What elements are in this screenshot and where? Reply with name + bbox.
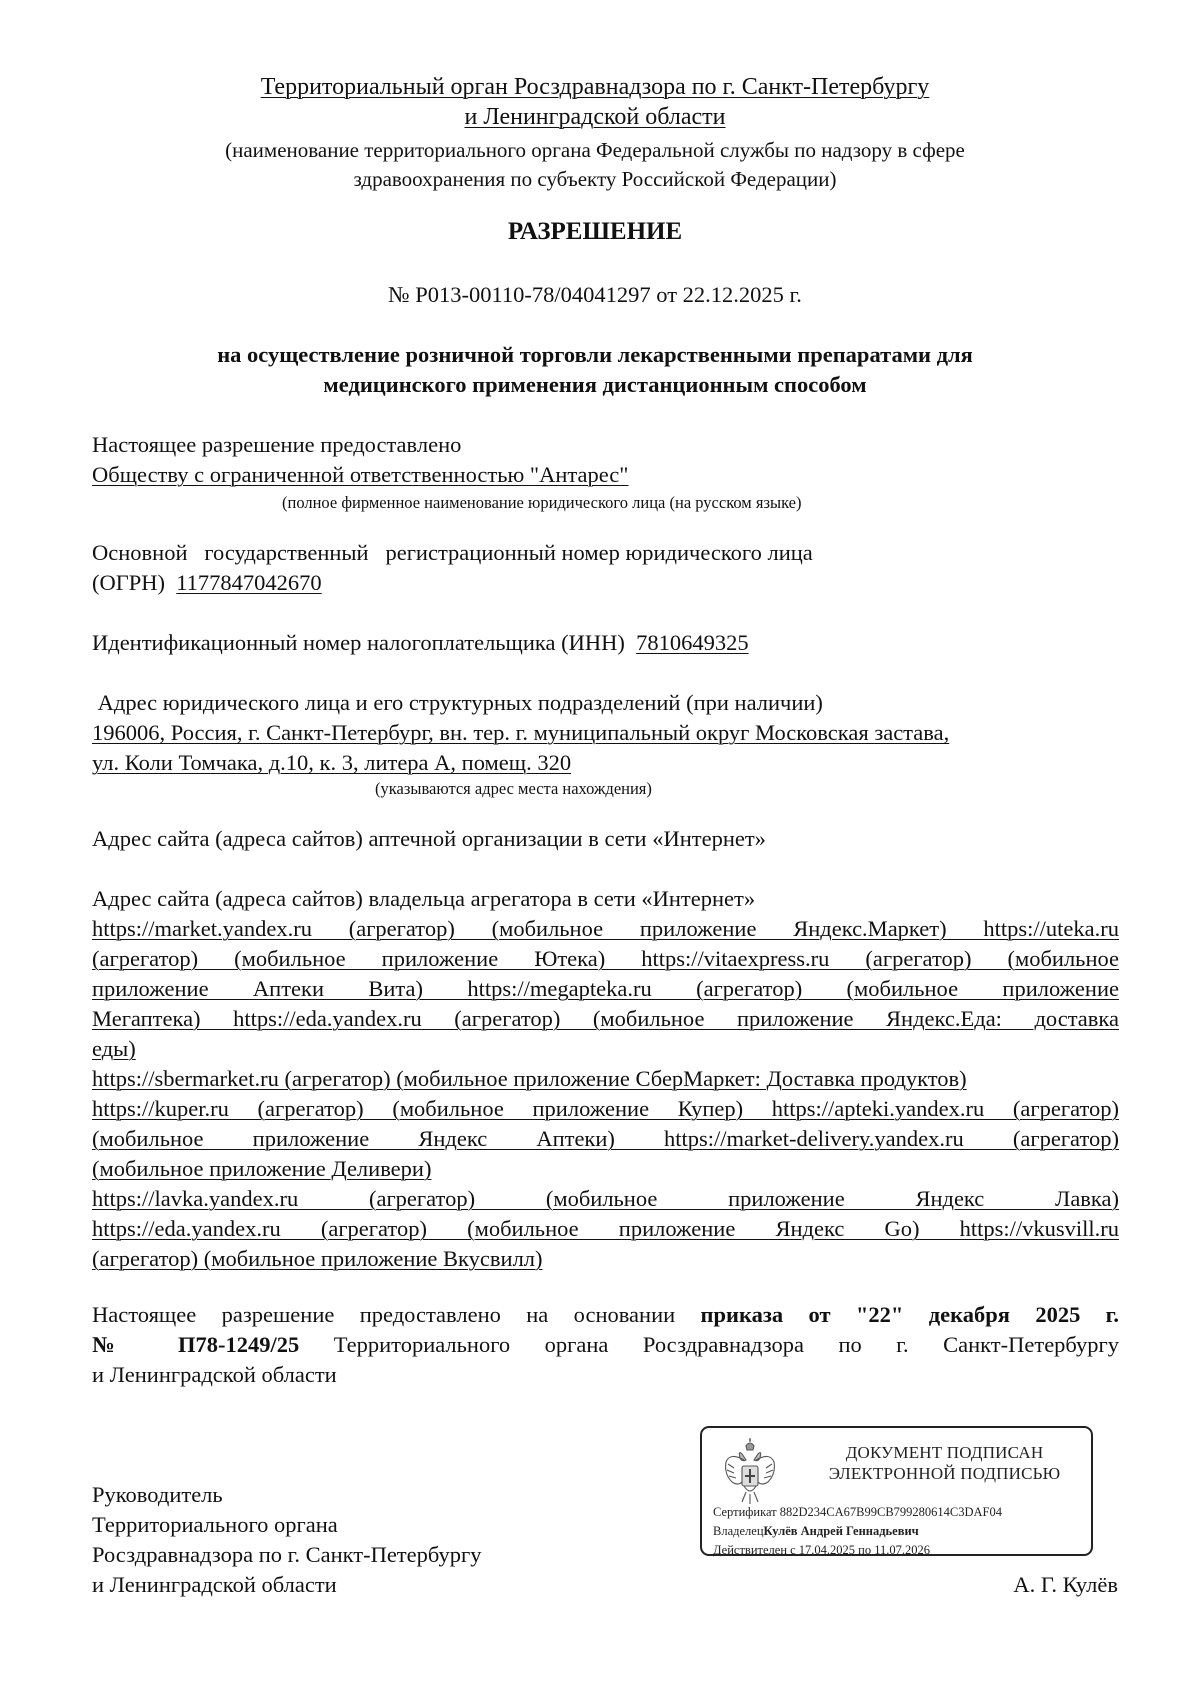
signatory-position-line: Руководитель xyxy=(92,1480,481,1510)
signatory-name: А. Г. Кулёв xyxy=(1013,1570,1118,1600)
aggregator-line: https://lavka.yandex.ru (агрегатор) (моб… xyxy=(92,1184,1119,1214)
ogrn-abbr: (ОГРН) xyxy=(92,570,176,595)
certificate-label: Сертификат xyxy=(713,1505,780,1519)
basis-issuer: Территориального органа Росздравнадзора … xyxy=(299,1332,1119,1357)
signature-title-line2: ЭЛЕКТРОННОЙ ПОДПИСЬЮ xyxy=(802,1463,1087,1484)
aggregator-line: Мегаптека) https://eda.yandex.ru (агрега… xyxy=(92,1004,1119,1034)
aggregator-line: https://sbermarket.ru (агрегатор) (мобил… xyxy=(92,1066,967,1091)
inn-value: 7810649325 xyxy=(636,630,749,655)
signature-title-line1: ДОКУМЕНТ ПОДПИСАН xyxy=(802,1442,1087,1463)
signatory-position: Руководитель Территориального органа Рос… xyxy=(92,1480,481,1600)
authority-header: Территориальный орган Росздравнадзора по… xyxy=(0,72,1190,132)
address-label: Адрес юридического лица и его структурны… xyxy=(92,688,1119,718)
electronic-signature-stamp: ДОКУМЕНТ ПОДПИСАН ЭЛЕКТРОННОЙ ПОДПИСЬЮ С… xyxy=(700,1426,1093,1556)
aggregator-line: (агрегатор) (мобильное приложение Вкусви… xyxy=(92,1246,543,1271)
address-block: Адрес юридического лица и его структурны… xyxy=(92,688,1119,778)
permit-subject-line1: на осуществление розничной торговли лека… xyxy=(0,340,1190,370)
coat-of-arms-icon xyxy=(722,1438,778,1508)
inn-label: Идентификационный номер налогоплательщик… xyxy=(92,630,636,655)
ogrn-label: Основной государственный регистрационный… xyxy=(92,538,1119,568)
signature-title: ДОКУМЕНТ ПОДПИСАН ЭЛЕКТРОННОЙ ПОДПИСЬЮ xyxy=(802,1442,1087,1484)
signature-owner: ВладелецКулёв Андрей Геннадьевич xyxy=(713,1523,919,1539)
grantee-name-caption: (полное фирменное наименование юридическ… xyxy=(282,492,802,514)
aggregator-line: https://market.yandex.ru (агрегатор) (мо… xyxy=(92,914,1119,944)
document-title: РАЗРЕШЕНИЕ xyxy=(0,216,1190,248)
aggregator-line: https://eda.yandex.ru (агрегатор) (мобил… xyxy=(92,1214,1119,1244)
authority-name-line1: Территориальный орган Росздравнадзора по… xyxy=(261,74,930,100)
order-date: приказа от "22" декабря 2025 г. xyxy=(701,1302,1119,1327)
aggregator-line: (мобильное приложение Деливери) xyxy=(92,1156,431,1181)
aggregator-line: еды) xyxy=(92,1036,136,1061)
signatory-position-line: Росздравнадзора по г. Санкт-Петербургу xyxy=(92,1540,481,1570)
certificate-value: 882D234CA67B99CB799280614C3DAF04 xyxy=(780,1505,1002,1519)
ogrn-value: 1177847042670 xyxy=(176,570,321,595)
signature-validity: Действителен с 17.04.2025 по 11.07.2026 xyxy=(713,1542,930,1558)
permit-subject-line2: медицинского применения дистанционным сп… xyxy=(0,370,1190,400)
basis-issuer-region: и Ленинградской области xyxy=(92,1360,1119,1390)
aggregator-line: приложение Аптеки Вита) https://megaptek… xyxy=(92,974,1119,1004)
owner-label: Владелец xyxy=(713,1524,764,1538)
grantee-block: Настоящее разрешение предоставлено Общес… xyxy=(92,430,1119,490)
aggregator-line: https://kuper.ru (агрегатор) (мобильное … xyxy=(92,1094,1119,1124)
address-line2: ул. Коли Томчака, д.10, к. 3, литера А, … xyxy=(92,750,571,775)
basis-block: Настоящее разрешение предоставлено на ос… xyxy=(92,1300,1119,1390)
authority-caption-line1: (наименование территориального органа Фе… xyxy=(0,136,1190,165)
grantee-name: Обществу с ограниченной ответственностью… xyxy=(92,462,628,487)
signatory-position-line: Территориального органа xyxy=(92,1510,481,1540)
aggregator-sites-block: Адрес сайта (адреса сайтов) владельца аг… xyxy=(92,884,1119,1274)
address-line1: 196006, Россия, г. Санкт-Петербург, вн. … xyxy=(92,720,949,745)
aggregator-sites-label: Адрес сайта (адреса сайтов) владельца аг… xyxy=(92,884,1119,914)
authority-caption: (наименование территориального органа Фе… xyxy=(0,136,1190,194)
aggregator-line: (агрегатор) (мобильное приложение Ютека)… xyxy=(92,944,1119,974)
pharmacy-site-label: Адрес сайта (адреса сайтов) аптечной орг… xyxy=(92,824,1119,854)
aggregator-line: (мобильное приложение Яндекс Аптеки) htt… xyxy=(92,1124,1119,1154)
ogrn-block: Основной государственный регистрационный… xyxy=(92,538,1119,598)
authority-caption-line2: здравоохранения по субъекту Российской Ф… xyxy=(0,165,1190,194)
address-caption: (указываются адрес места нахождения) xyxy=(375,778,652,800)
permit-number: № Р013-00110-78/04041297 от 22.12.2025 г… xyxy=(0,280,1190,310)
inn-block: Идентификационный номер налогоплательщик… xyxy=(92,628,1119,658)
signature-certificate: Сертификат 882D234CA67B99CB799280614C3DA… xyxy=(713,1504,1002,1520)
permit-subject: на осуществление розничной торговли лека… xyxy=(0,340,1190,400)
signatory-position-line: и Ленинградской области xyxy=(92,1570,481,1600)
order-number: № П78-1249/25 xyxy=(92,1332,299,1357)
owner-value: Кулёв Андрей Геннадьевич xyxy=(764,1524,919,1538)
grantee-intro: Настоящее разрешение предоставлено xyxy=(92,430,1119,460)
basis-prefix: Настоящее разрешение предоставлено на ос… xyxy=(92,1302,701,1327)
authority-name-line2: и Ленинградской области xyxy=(464,104,725,130)
